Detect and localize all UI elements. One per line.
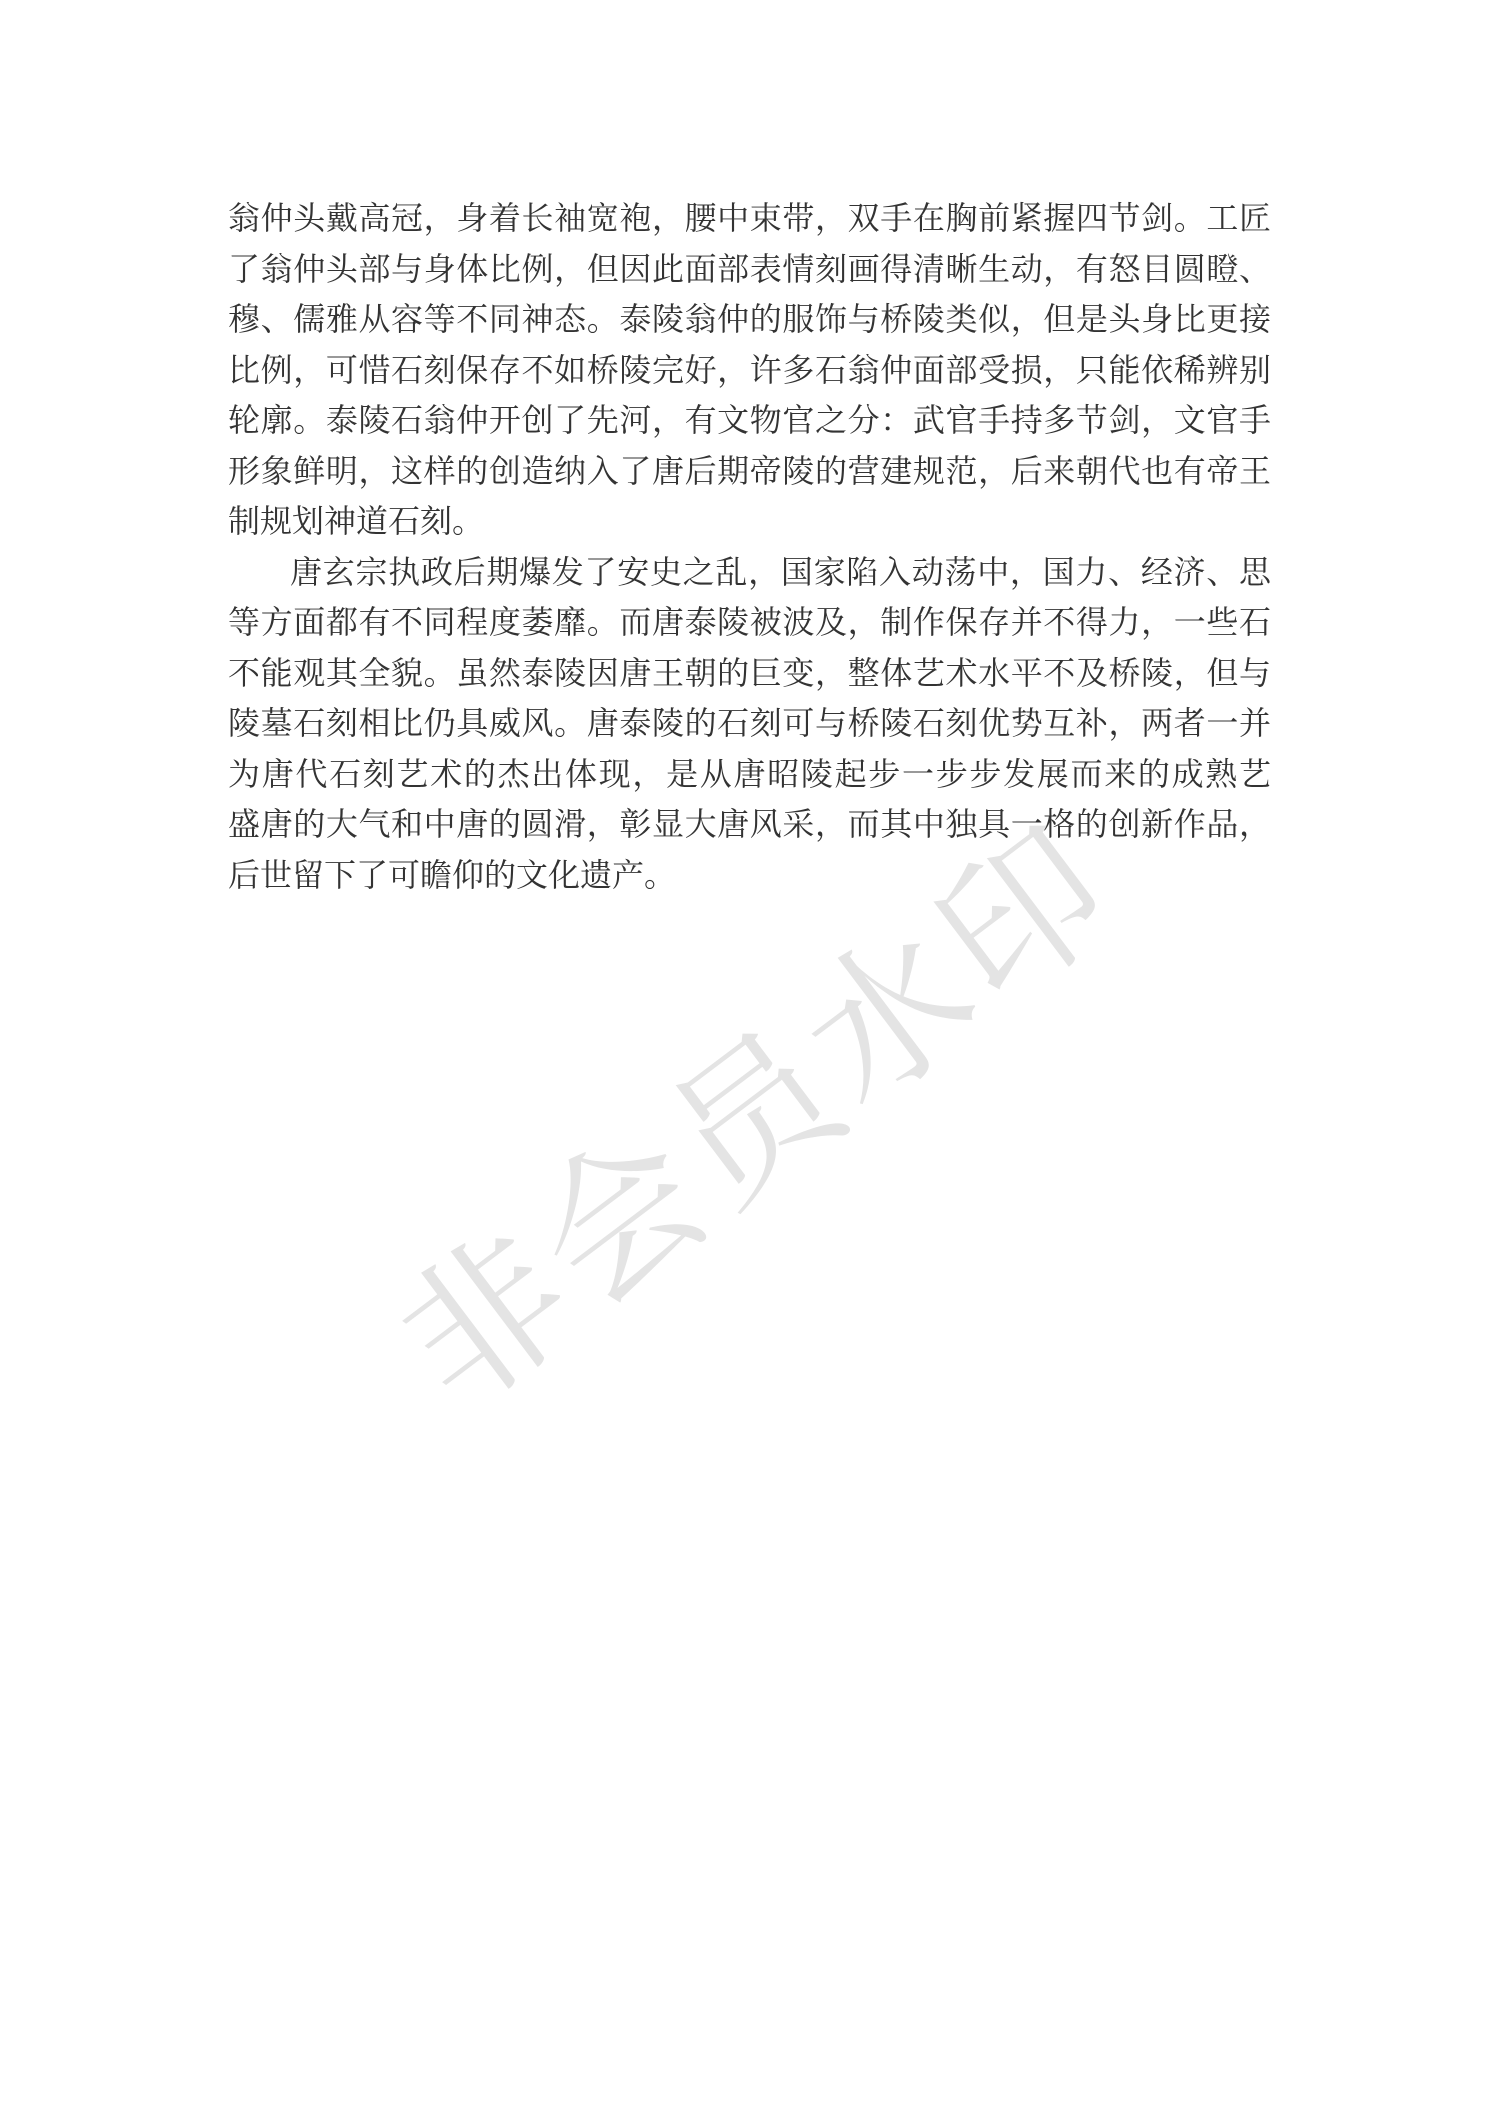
text-line: 穆、儒雅从容等不同神态。泰陵翁仲的服饰与桥陵类似，但是头身比更接近真人 — [228, 294, 1271, 345]
text-line: 不能观其全貌。虽然泰陵因唐王朝的巨变，整体艺术水平不及桥陵，但与唐后期 — [228, 648, 1271, 699]
text-line: 比例，可惜石刻保存不如桥陵完好，许多石翁仲面部受损，只能依稀辨别出五官 — [228, 345, 1271, 396]
text-line: 形象鲜明，这样的创造纳入了唐后期帝陵的营建规范，后来朝代也有帝王参考此 — [228, 446, 1271, 497]
text-line: 了翁仲头部与身体比例，但因此面部表情刻画得清晰生动，有怒目圆瞪、庄严肃 — [228, 244, 1271, 295]
text-line: 为唐代石刻艺术的杰出体现，是从唐昭陵起步一步步发展而来的成熟艺术，具有 — [228, 749, 1271, 800]
text-line: 唐玄宗执政后期爆发了安史之乱，国家陷入动荡中，国力、经济、思想文化 — [228, 547, 1271, 598]
text-line: 盛唐的大气和中唐的圆滑，彰显大唐风采，而其中独具一格的创新作品，更是为 — [228, 799, 1271, 850]
text-line: 后世留下了可瞻仰的文化遗产。 — [228, 850, 1271, 901]
article-text: 翁仲头戴高冠，身着长袖宽袍，腰中束带，双手在胸前紧握四节剑。工匠们夸张 了翁仲头… — [228, 193, 1271, 900]
paragraph-2: 唐玄宗执政后期爆发了安史之乱，国家陷入动荡中，国力、经济、思想文化 等方面都有不… — [228, 547, 1271, 901]
document-page: 非会员水印 翁仲头戴高冠，身着长袖宽袍，腰中束带，双手在胸前紧握四节剑。工匠们夸… — [0, 0, 1500, 2122]
text-line: 制规划神道石刻。 — [228, 496, 1271, 547]
text-line: 轮廓。泰陵石翁仲开创了先河，有文物官之分：武官手持多节剑，文官手持笏板， — [228, 395, 1271, 446]
paragraph-1: 翁仲头戴高冠，身着长袖宽袍，腰中束带，双手在胸前紧握四节剑。工匠们夸张 了翁仲头… — [228, 193, 1271, 547]
text-line: 翁仲头戴高冠，身着长袖宽袍，腰中束带，双手在胸前紧握四节剑。工匠们夸张 — [228, 193, 1271, 244]
text-line: 等方面都有不同程度萎靡。而唐泰陵被波及，制作保存并不得力，一些石刻遗憾 — [228, 597, 1271, 648]
text-line: 陵墓石刻相比仍具威风。唐泰陵的石刻可与桥陵石刻优势互补，两者一并被称之 — [228, 698, 1271, 749]
